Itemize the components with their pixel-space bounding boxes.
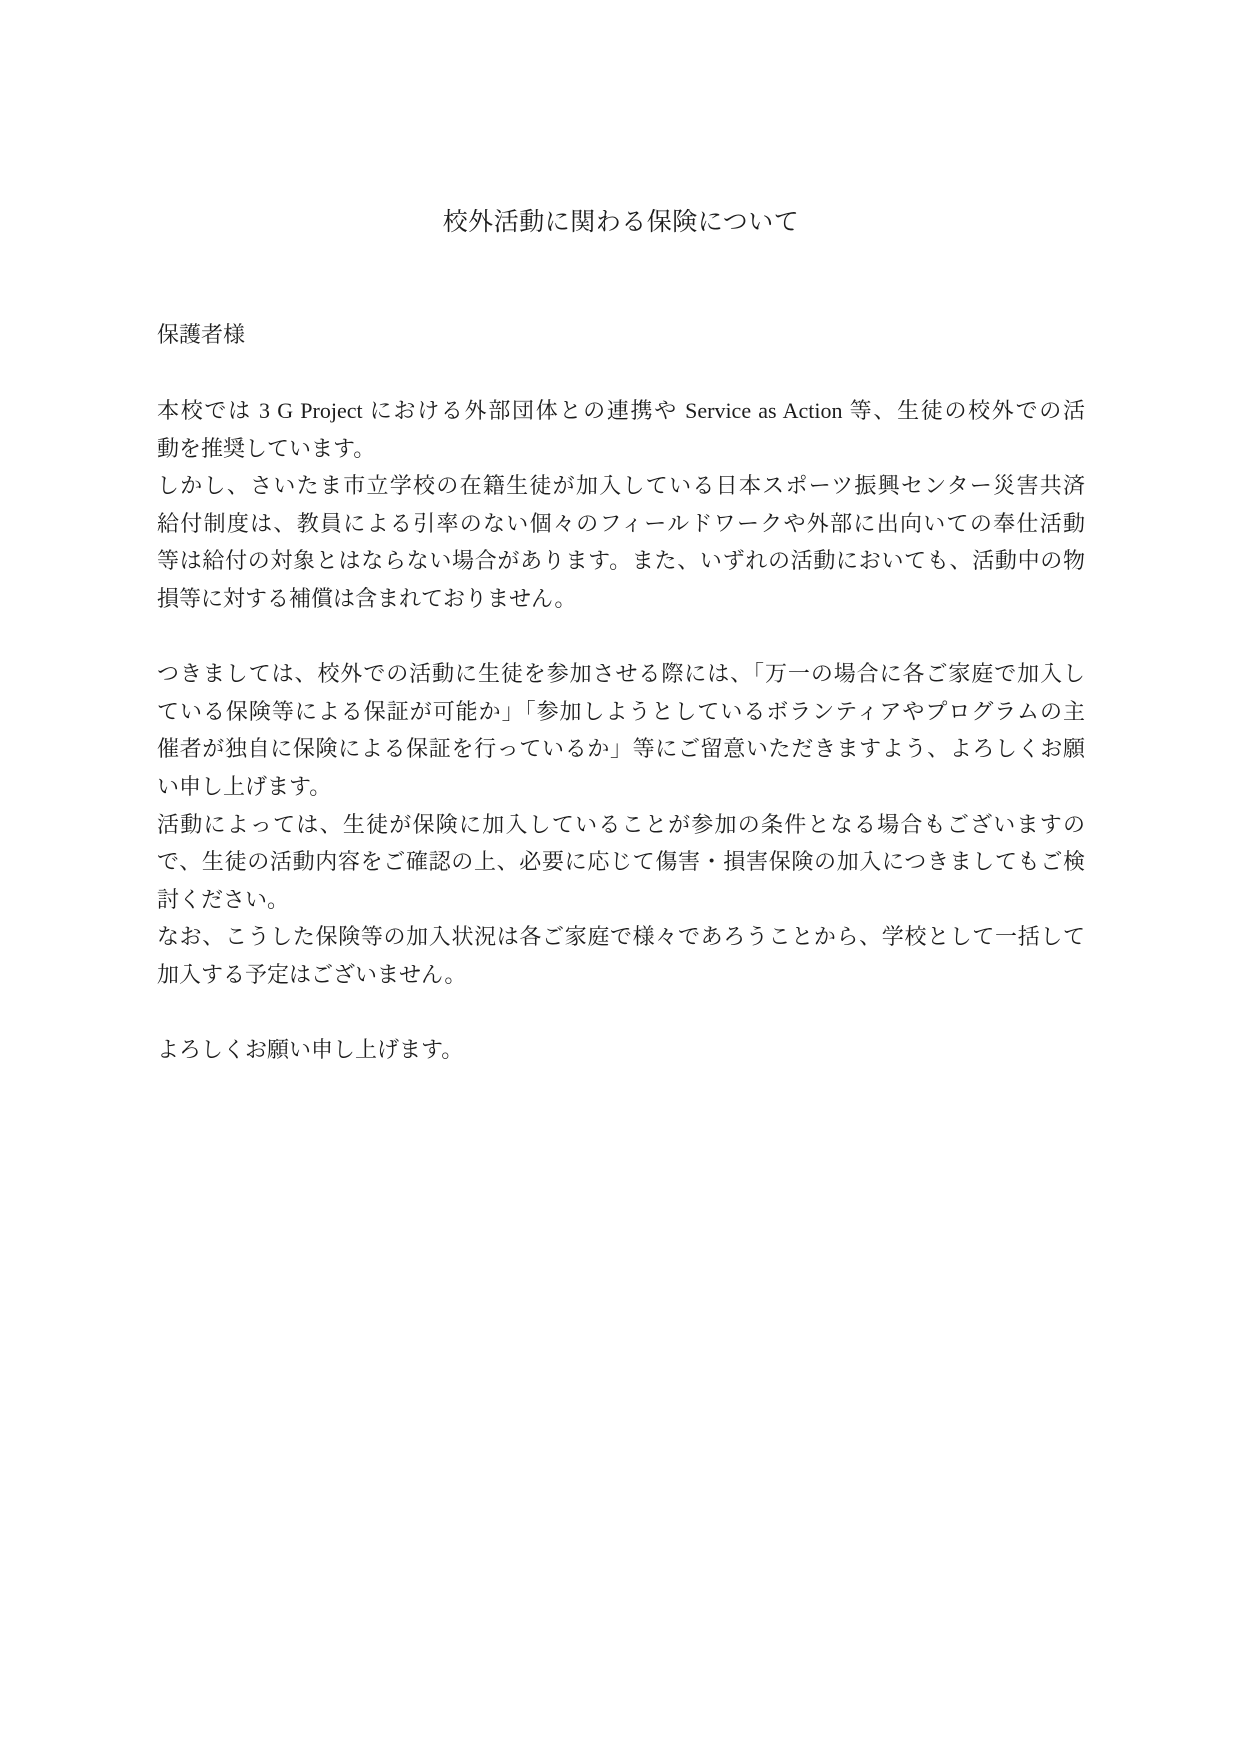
- body-line: ている保険等による保証が可能か」「参加しようとしているボランティアやプログラムの…: [157, 693, 1085, 731]
- body-line: 催者が独自に保険による保証を行っているか」等にご留意いただきますよう、よろしくお…: [157, 730, 1085, 768]
- body-line: 活動によっては、生徒が保険に加入していることが参加の条件となる場合もございますの: [157, 806, 1085, 844]
- blank-line: [157, 994, 1085, 1032]
- body-line: 動を推奨しています。: [157, 430, 1085, 468]
- body-line: 給付制度は、教員による引率のない個々のフィールドワークや外部に出向いての奉仕活動: [157, 505, 1085, 543]
- letter-body: 本校では 3 G Project における外部団体との連携や Service a…: [157, 392, 1085, 1069]
- page-title: 校外活動に関わる保険について: [157, 204, 1085, 242]
- blank-line: [157, 618, 1085, 656]
- body-line: 加入する予定はございません。: [157, 956, 1085, 994]
- document-page: 校外活動に関わる保険について 保護者様 本校では 3 G Project におけ…: [0, 0, 1242, 1755]
- body-line: つきましては、校外での活動に生徒を参加させる際には、「万一の場合に各ご家庭で加入…: [157, 655, 1085, 693]
- body-line: で、生徒の活動内容をご確認の上、必要に応じて傷害・損害保険の加入につきましてもご…: [157, 843, 1085, 881]
- body-line: 損等に対する補償は含まれておりません。: [157, 580, 1085, 618]
- body-line: 本校では 3 G Project における外部団体との連携や Service a…: [157, 392, 1085, 430]
- closing-line: よろしくお願い申し上げます。: [157, 1031, 1085, 1069]
- body-line: 討ください。: [157, 881, 1085, 919]
- body-line: い申し上げます。: [157, 768, 1085, 806]
- body-line: なお、こうした保険等の加入状況は各ご家庭で様々であろうことから、学校として一括し…: [157, 918, 1085, 956]
- body-line: しかし、さいたま市立学校の在籍生徒が加入している日本スポーツ振興センター災害共済: [157, 467, 1085, 505]
- greeting-line: 保護者様: [157, 316, 245, 354]
- body-line: 等は給付の対象とはならない場合があります。また、いずれの活動においても、活動中の…: [157, 542, 1085, 580]
